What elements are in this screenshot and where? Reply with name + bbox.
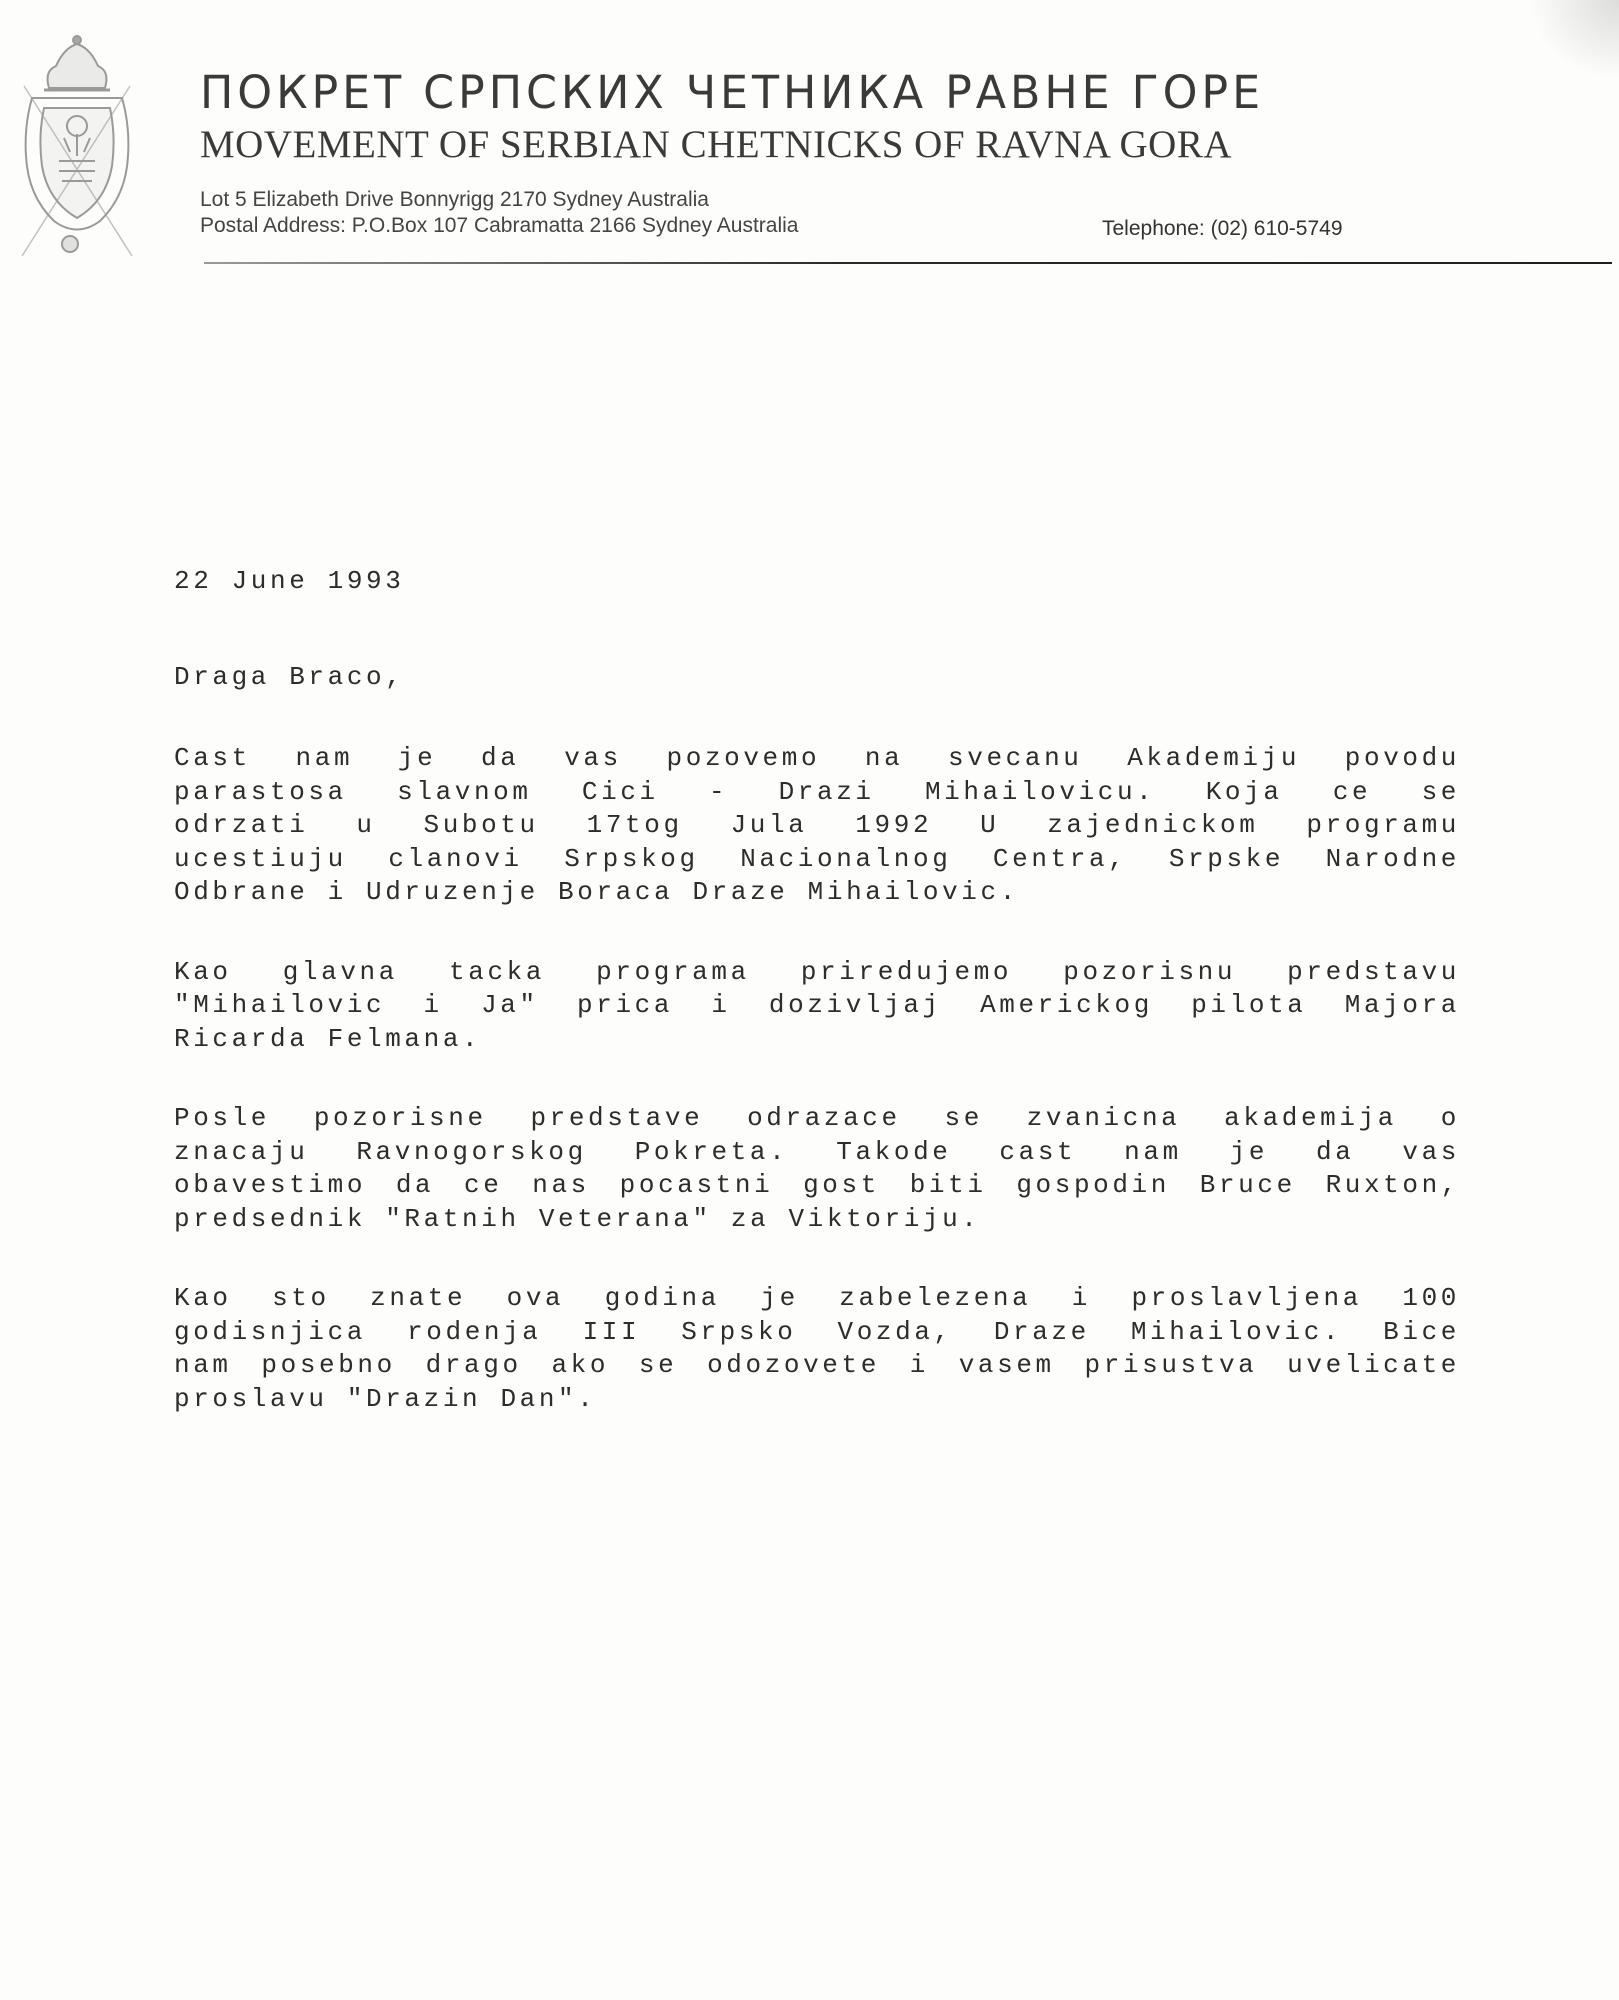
street-address: Lot 5 Elizabeth Drive Bonnyrigg 2170 Syd… bbox=[200, 188, 709, 212]
telephone-number: Telephone: (02) 610-5749 bbox=[1102, 217, 1343, 241]
letterhead-title-english: MOVEMENT OF SERBIAN CHETNICKS OF RAVNA G… bbox=[200, 122, 1232, 167]
letter-line: parastosa slavnom Cici - Drazi Mihailovi… bbox=[174, 776, 1460, 810]
scan-speckle bbox=[1529, 0, 1619, 80]
letter-paragraph: Kao glavna tacka programa priredujemo po… bbox=[174, 956, 1460, 1057]
letter-line: godisnjica rodenja III Srpsko Vozda, Dra… bbox=[174, 1316, 1460, 1350]
letter-paragraph: Posle pozorisne predstave odrazace se zv… bbox=[174, 1102, 1460, 1236]
letter-line: "Mihailovic i Ja" prica i dozivljaj Amer… bbox=[174, 989, 1460, 1023]
letter-line: znacaju Ravnogorskog Pokreta. Takode cas… bbox=[174, 1136, 1460, 1170]
letter-line: Ricarda Felmana. bbox=[174, 1023, 1460, 1057]
letterhead-divider bbox=[204, 262, 1612, 264]
letter-line: Posle pozorisne predstave odrazace se zv… bbox=[174, 1102, 1460, 1136]
letter-date: 22 June 1993 bbox=[174, 566, 1460, 600]
letter-line: ucestiuju clanovi Srpskog Nacionalnog Ce… bbox=[174, 843, 1460, 877]
crown-shield-emblem-icon bbox=[4, 26, 150, 266]
letter-line: Kao sto znate ova godina je zabelezena i… bbox=[174, 1282, 1460, 1316]
letter-line: predsednik "Ratnih Veterana" za Viktorij… bbox=[174, 1203, 1460, 1237]
letter-line: odrzati u Subotu 17tog Jula 1992 U zajed… bbox=[174, 809, 1460, 843]
letter-paragraphs: Cast nam je da vas pozovemo na svecanu A… bbox=[174, 742, 1460, 1416]
letter-paragraph: Kao sto znate ova godina je zabelezena i… bbox=[174, 1282, 1460, 1416]
postal-address: Postal Address: P.O.Box 107 Cabramatta 2… bbox=[200, 214, 798, 238]
letter-line: proslavu "Drazin Dan". bbox=[174, 1383, 1460, 1417]
letter-line: nam posebno drago ako se odozovete i vas… bbox=[174, 1349, 1460, 1383]
letter-line: Kao glavna tacka programa priredujemo po… bbox=[174, 956, 1460, 990]
letterhead-title-cyrillic: ПОКРЕТ СРПСКИХ ЧЕТНИКА РАВНЕ ГОРЕ bbox=[200, 66, 1264, 119]
letter-line: Odbrane i Udruzenje Boraca Draze Mihailo… bbox=[174, 876, 1460, 910]
letter-salutation: Draga Braco, bbox=[174, 662, 1460, 696]
letter-line: Cast nam je da vas pozovemo na svecanu A… bbox=[174, 742, 1460, 776]
letter-line: obavestimo da ce nas pocastni gost biti … bbox=[174, 1169, 1460, 1203]
letter-paragraph: Cast nam je da vas pozovemo na svecanu A… bbox=[174, 742, 1460, 910]
letter-body: 22 June 1993 Draga Braco, Cast nam je da… bbox=[174, 566, 1460, 1416]
